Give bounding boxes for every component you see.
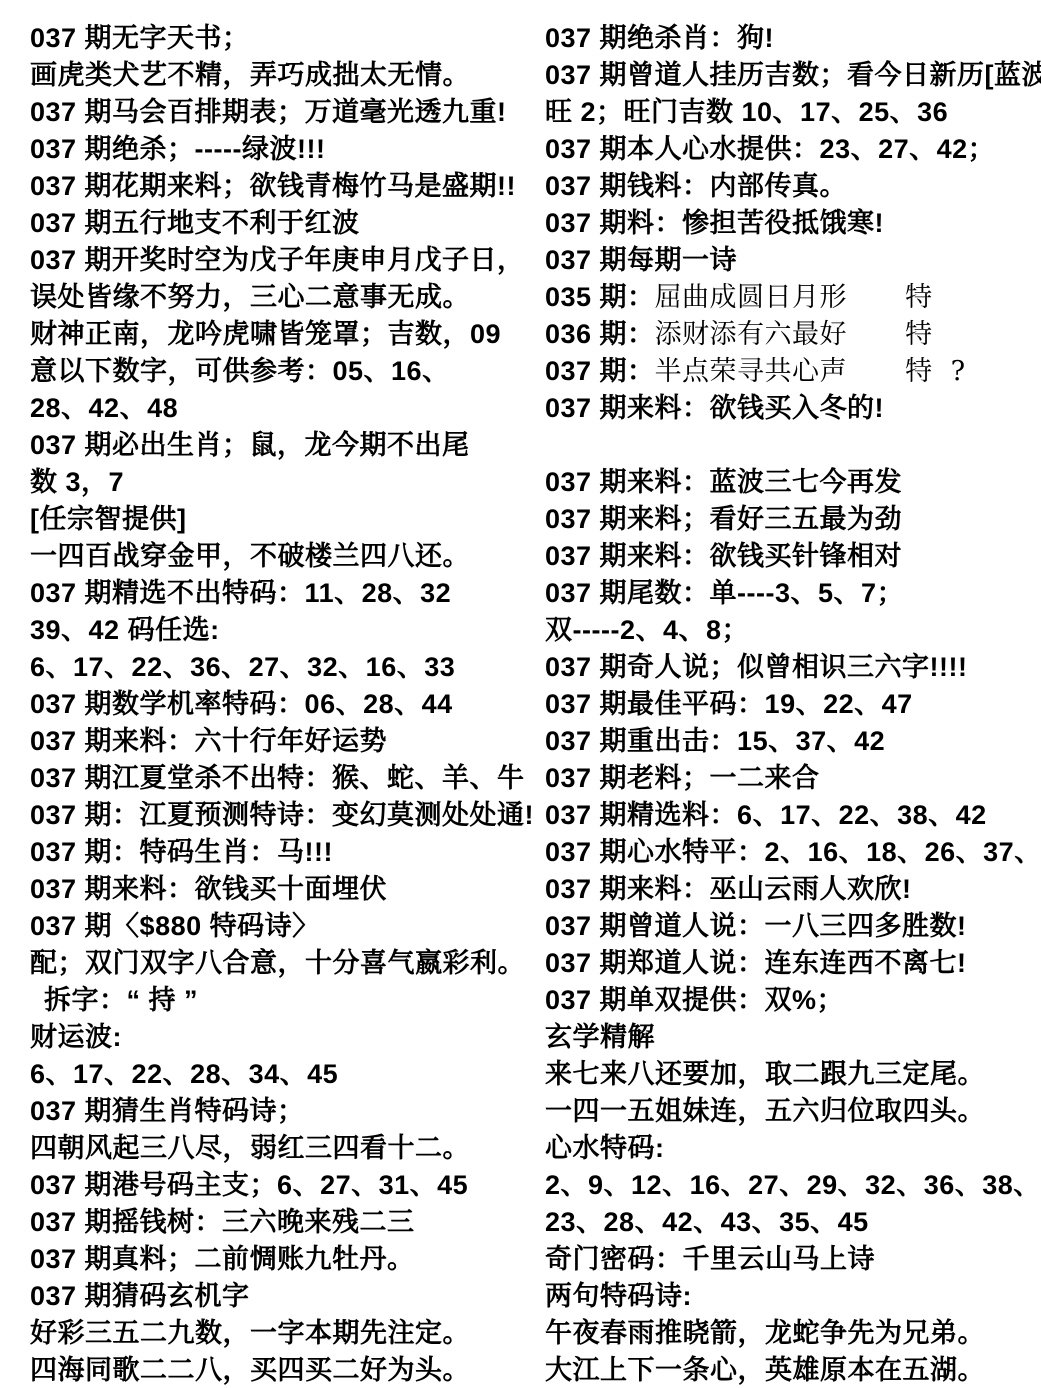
text-line: 6、17、22、36、27、32、16、33 bbox=[30, 649, 517, 686]
text-line: 037 期摇钱树：三六晚来残二三 bbox=[30, 1204, 517, 1241]
text-line: 037 期来料；看好三五最为劲 bbox=[545, 501, 1025, 538]
text-line: 037 期每期一诗 bbox=[545, 242, 1025, 279]
text-line: 意以下数字，可供参考：05、16、 bbox=[30, 353, 517, 390]
poem-line: 037 期：半点荣寻共心声特? bbox=[545, 353, 1025, 390]
text-line: 一四百战穿金甲，不破楼兰四八还。 bbox=[30, 538, 517, 575]
text-line: 037 期港号码主支；6、27、31、45 bbox=[30, 1167, 517, 1204]
poem-issue-label: 037 期： bbox=[545, 356, 655, 386]
text-line: 037 期：江夏预测特诗：变幻莫测处处通! bbox=[30, 797, 517, 834]
text-line: 037 期曾道人说：一八三四多胜数! bbox=[545, 908, 1025, 945]
text-line: 037 期〈$880 特码诗〉 bbox=[30, 908, 517, 945]
text-line: 心水特码: bbox=[545, 1130, 1025, 1167]
question-mark: ? bbox=[951, 356, 966, 387]
special-marker: 特 bbox=[905, 356, 933, 387]
text-line: 037 期猜码玄机字 bbox=[30, 1278, 517, 1315]
text-line: [任宗智提供] bbox=[30, 501, 517, 538]
text-line: 两句特码诗: bbox=[545, 1278, 1025, 1315]
right-column: 037 期绝杀肖：狗!037 期曾道人挂历吉数；看今日新历[蓝波旺 2；旺门吉数… bbox=[545, 20, 1025, 1388]
poem-line: 035 期：屈曲成圆日月形特 bbox=[545, 279, 1025, 316]
text-line: 财神正南，龙吟虎啸皆笼罩；吉数，09 bbox=[30, 316, 517, 353]
text-line: 037 期绝杀肖：狗! bbox=[545, 20, 1025, 57]
text-line: 画虎类犬艺不精，弄巧成拙太无情。 bbox=[30, 57, 517, 94]
text-line: 037 期料：惨担苦役抵饿寒! bbox=[545, 205, 1025, 242]
text-line: 037 期：特码生肖：马!!! bbox=[30, 834, 517, 871]
text-line: 037 期无字天书； bbox=[30, 20, 517, 57]
text-line: 037 期绝杀；-----绿波!!! bbox=[30, 131, 517, 168]
text-line: 037 期来料：欲钱买入冬的! bbox=[545, 390, 1025, 427]
text-line: 037 期最佳平码：19、22、47 bbox=[545, 686, 1025, 723]
poem-issue-label: 036 期： bbox=[545, 319, 655, 349]
text-line: 037 期开奖时空为戊子年庚申月戊子日， bbox=[30, 242, 517, 279]
text-line: 037 期真料；二前惆账九牡丹。 bbox=[30, 1241, 517, 1278]
text-line: 037 期来料：巫山云雨人欢欣! bbox=[545, 871, 1025, 908]
text-line: 037 期数学机率特码：06、28、44 bbox=[30, 686, 517, 723]
special-marker: 特 bbox=[905, 319, 933, 350]
text-line: 6、17、22、28、34、45 bbox=[30, 1056, 517, 1093]
text-line: 037 期花期来料；欲钱青梅竹马是盛期!! bbox=[30, 168, 517, 205]
text-line: 28、42、48 bbox=[30, 390, 517, 427]
text-line: 037 期单双提供：双%； bbox=[545, 982, 1025, 1019]
text-line: 037 期本人心水提供：23、27、42； bbox=[545, 131, 1025, 168]
text-line: 午夜春雨推晓箭，龙蛇争先为兄弟。 bbox=[545, 1315, 1025, 1352]
text-line: 037 期来料：蓝波三七今再发 bbox=[545, 464, 1025, 501]
poem-text: 半点荣寻共心声 bbox=[655, 356, 848, 387]
text-line: 037 期精选不出特码：11、28、32 bbox=[30, 575, 517, 612]
document-page: 037 期无字天书；画虎类犬艺不精，弄巧成拙太无情。037 期马会百排期表；万道… bbox=[0, 0, 1041, 1388]
text-line: 来七来八还要加，取二跟九三定尾。 bbox=[545, 1056, 1025, 1093]
text-line: 037 期来料：欲钱买针锋相对 bbox=[545, 538, 1025, 575]
text-line: 037 期奇人说；似曾相识三六字!!!! bbox=[545, 649, 1025, 686]
text-line: 财运波: bbox=[30, 1019, 517, 1056]
text-line: 037 期心水特平：2、16、18、26、37、45。 bbox=[545, 834, 1025, 871]
text-line: 037 期来料：欲钱买十面埋伏 bbox=[30, 871, 517, 908]
text-line: 奇门密码：千里云山马上诗 bbox=[545, 1241, 1025, 1278]
text-line: 037 期五行地支不利于红波 bbox=[30, 205, 517, 242]
poem-text: 添财添有六最好 bbox=[655, 319, 848, 350]
text-line: 旺 2；旺门吉数 10、17、25、36 bbox=[545, 94, 1025, 131]
blank-line bbox=[545, 427, 1025, 464]
text-line: 037 期来料：六十行年好运势 bbox=[30, 723, 517, 760]
text-line: 数 3，7 bbox=[30, 464, 517, 501]
text-line: 23、28、42、43、35、45 bbox=[545, 1204, 1025, 1241]
text-line: 一四一五姐妹连，五六归位取四头。 bbox=[545, 1093, 1025, 1130]
poem-text: 屈曲成圆日月形 bbox=[655, 282, 848, 313]
poem-line: 036 期：添财添有六最好特 bbox=[545, 316, 1025, 353]
text-line: 好彩三五二九数，一字本期先注定。 bbox=[30, 1315, 517, 1352]
text-line: 037 期曾道人挂历吉数；看今日新历[蓝波 bbox=[545, 57, 1025, 94]
text-line: 037 期精选料：6、17、22、38、42 bbox=[545, 797, 1025, 834]
special-marker: 特 bbox=[905, 282, 933, 313]
text-line: 大江上下一条心，英雄原本在五湖。 bbox=[545, 1352, 1025, 1388]
text-line: 39、42 码任选: bbox=[30, 612, 517, 649]
text-line: 四海同歌二二八，买四买二好为头。 bbox=[30, 1352, 517, 1388]
text-line: 拆字：“ 持 ” bbox=[30, 982, 517, 1019]
text-line: 四朝风起三八尽，弱红三四看十二。 bbox=[30, 1130, 517, 1167]
text-line: 037 期必出生肖；鼠，龙今期不出尾 bbox=[30, 427, 517, 464]
text-line: 037 期郑道人说：连东连西不离七! bbox=[545, 945, 1025, 982]
text-line: 双-----2、4、8； bbox=[545, 612, 1025, 649]
poem-issue-label: 035 期： bbox=[545, 282, 655, 312]
text-line: 037 期江夏堂杀不出特：猴、蛇、羊、牛 bbox=[30, 760, 517, 797]
text-line: 037 期老料；一二来合 bbox=[545, 760, 1025, 797]
text-line: 2、9、12、16、27、29、32、36、38、 bbox=[545, 1167, 1025, 1204]
left-column: 037 期无字天书；画虎类犬艺不精，弄巧成拙太无情。037 期马会百排期表；万道… bbox=[30, 20, 517, 1388]
text-line: 037 期马会百排期表；万道毫光透九重! bbox=[30, 94, 517, 131]
text-line: 037 期尾数：单----3、5、7； bbox=[545, 575, 1025, 612]
text-line: 玄学精解 bbox=[545, 1019, 1025, 1056]
text-line: 误处皆缘不努力，三心二意事无成。 bbox=[30, 279, 517, 316]
text-line: 037 期钱料：内部传真。 bbox=[545, 168, 1025, 205]
text-line: 037 期重出击：15、37、42 bbox=[545, 723, 1025, 760]
text-line: 037 期猜生肖特码诗； bbox=[30, 1093, 517, 1130]
text-line: 配；双门双字八合意，十分喜气嬴彩利。 bbox=[30, 945, 517, 982]
